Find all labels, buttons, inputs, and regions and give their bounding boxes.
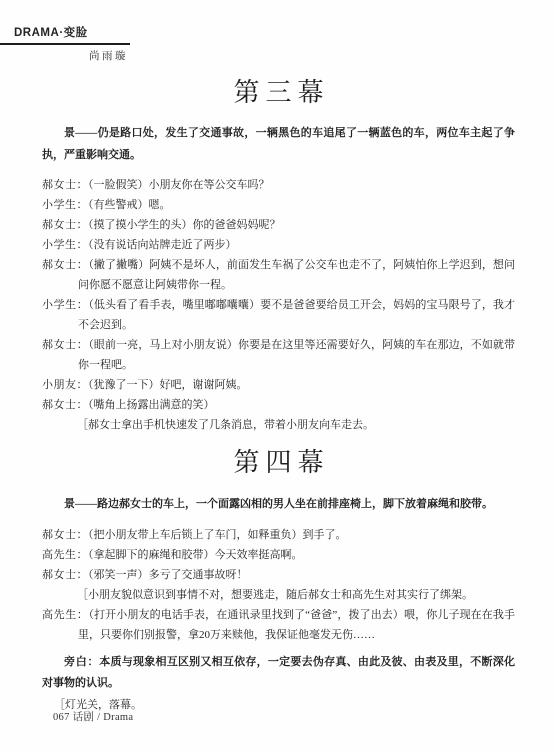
dialogue-text: （打开小朋友的电话手表，在通讯录里找到了“爸爸”，拨了出去）喂，你儿子现在在我手… — [78, 609, 515, 641]
narrator-label: 旁白： — [64, 656, 99, 668]
dialogue-line: 小朋友：（犹豫了一下）好吧，谢谢阿姨。 — [42, 375, 515, 395]
masthead: DRAMA·变脸 尚雨璇 — [0, 24, 130, 63]
page-footer: 067 话剧 / Drama — [53, 709, 133, 724]
narration-text: 本质与现象相互区别又相互依存，一定要去伪存真、由此及彼、由表及里，不断深化对事物… — [42, 656, 515, 689]
dialogue-text: （嘴角上扬露出满意的笑） — [88, 399, 215, 411]
dialogue-text: （撇了撇嘴）阿姨不是坏人，前面发生车祸了公交车也走不了，阿姨怕你上学迟到，想问问… — [78, 259, 515, 291]
dialogue-text: （把小朋友带上车后锁上了车门，如释重负）到手了。 — [88, 529, 347, 541]
masthead-title: DRAMA·变脸 — [0, 24, 130, 45]
dialogue-line: 高先生：（拿起脚下的麻绳和胶带）今天效率挺高啊。 — [42, 545, 515, 565]
dialogue-line: 郝女士：（邪笑一声）多亏了交通事故呀！ — [42, 565, 515, 585]
speaker-name: 小朋友： — [42, 379, 88, 391]
dialogue-text: （眼前一亮，马上对小朋友说）你要是在这里等还需要好久，阿姨的车在那边，不如就带你… — [78, 339, 515, 371]
page-number: 067 — [53, 712, 70, 723]
dialogue-line: 小学生：（有些警戒）嗯。 — [42, 195, 515, 215]
speaker-name: 郝女士： — [42, 399, 88, 411]
speaker-name: 小学生： — [42, 199, 88, 211]
act4-title: 第四幕 — [42, 446, 515, 480]
speaker-name: 郝女士： — [42, 529, 88, 541]
footer-section-cn: 话剧 — [73, 712, 95, 723]
act3-scene-description: 景——仍是路口处，发生了交通事故，一辆黑色的车追尾了一辆蓝色的车，两位车主起了争… — [42, 122, 515, 166]
dialogue-line: 郝女士：（摸了摸小学生的头）你的爸爸妈妈呢？ — [42, 215, 515, 235]
dialogue-text: （一脸假笑）小朋友你在等公交车吗？ — [88, 179, 270, 191]
author-name: 尚雨璇 — [0, 45, 130, 63]
masthead-brand: DRAMA — [14, 27, 59, 39]
dialogue-line: 郝女士：（嘴角上扬露出满意的笑） — [42, 395, 515, 415]
footer-section-en: Drama — [103, 712, 133, 723]
dialogue-line: 郝女士：（把小朋友带上车后锁上了车门，如释重负）到手了。 — [42, 525, 515, 545]
speaker-name: 高先生： — [42, 549, 88, 561]
act4-scene-description: 景——路边郝女士的车上，一个面露凶相的男人坐在前排座椅上，脚下放着麻绳和胶带。 — [42, 493, 515, 515]
dialogue-text: （有些警戒）嗯。 — [88, 199, 171, 211]
speaker-name: 郝女士： — [42, 179, 88, 191]
script-page: DRAMA·变脸 尚雨璇 第三幕 景——仍是路口处，发生了交通事故，一辆黑色的车… — [0, 0, 554, 752]
dialogue-text: （拿起脚下的麻绳和胶带）今天效率挺高啊。 — [88, 549, 303, 561]
speaker-name: 小学生： — [42, 239, 88, 251]
dialogue-line: 小学生：（低头看了看手表，嘴里嘟嘟囔囔）要不是爸爸要给员工开会，妈妈的宝马限号了… — [42, 295, 515, 335]
dialogue-line: 小学生：（没有说话向站牌走近了两步） — [42, 235, 515, 255]
script-content: 第三幕 景——仍是路口处，发生了交通事故，一辆黑色的车追尾了一辆蓝色的车，两位车… — [42, 76, 515, 715]
dialogue-text: （邪笑一声）多亏了交通事故呀！ — [88, 569, 248, 581]
speaker-name: 郝女士： — [42, 569, 88, 581]
speaker-name: 高先生： — [42, 609, 88, 621]
stage-direction: ［小朋友貌似意识到事情不对，想要逃走，随后郝女士和高先生对其实行了绑架。 — [77, 585, 515, 605]
dialogue-line: 郝女士：（一脸假笑）小朋友你在等公交车吗？ — [42, 175, 515, 195]
dialogue-text: （摸了摸小学生的头）你的爸爸妈妈呢？ — [88, 219, 281, 231]
dialogue-line: 郝女士：（眼前一亮，马上对小朋友说）你要是在这里等还需要好久，阿姨的车在那边，不… — [42, 335, 515, 375]
speaker-name: 小学生： — [42, 299, 88, 311]
dialogue-line: 高先生：（打开小朋友的电话手表，在通讯录里找到了“爸爸”，拨了出去）喂，你儿子现… — [42, 605, 515, 645]
act3-title: 第三幕 — [42, 76, 515, 110]
dialogue-text: （犹豫了一下）好吧，谢谢阿姨。 — [88, 379, 248, 391]
speaker-name: 郝女士： — [42, 219, 88, 231]
dialogue-text: （低头看了看手表，嘴里嘟嘟囔囔）要不是爸爸要给员工开会，妈妈的宝马限号了，我才不… — [78, 299, 515, 331]
masthead-work-title: 变脸 — [64, 27, 88, 39]
speaker-name: 郝女士： — [42, 259, 88, 271]
dialogue-line: 郝女士：（撇了撇嘴）阿姨不是坏人，前面发生车祸了公交车也走不了，阿姨怕你上学迟到… — [42, 255, 515, 295]
dialogue-text: （没有说话向站牌走近了两步） — [88, 239, 237, 251]
stage-direction: ［郝女士拿出手机快速发了几条消息，带着小朋友向车走去。 — [77, 415, 515, 435]
footer-separator: / — [97, 712, 100, 723]
speaker-name: 郝女士： — [42, 339, 88, 351]
narration: 旁白：本质与现象相互区别又相互依存，一定要去伪存真、由此及彼、由表及里，不断深化… — [42, 652, 515, 694]
